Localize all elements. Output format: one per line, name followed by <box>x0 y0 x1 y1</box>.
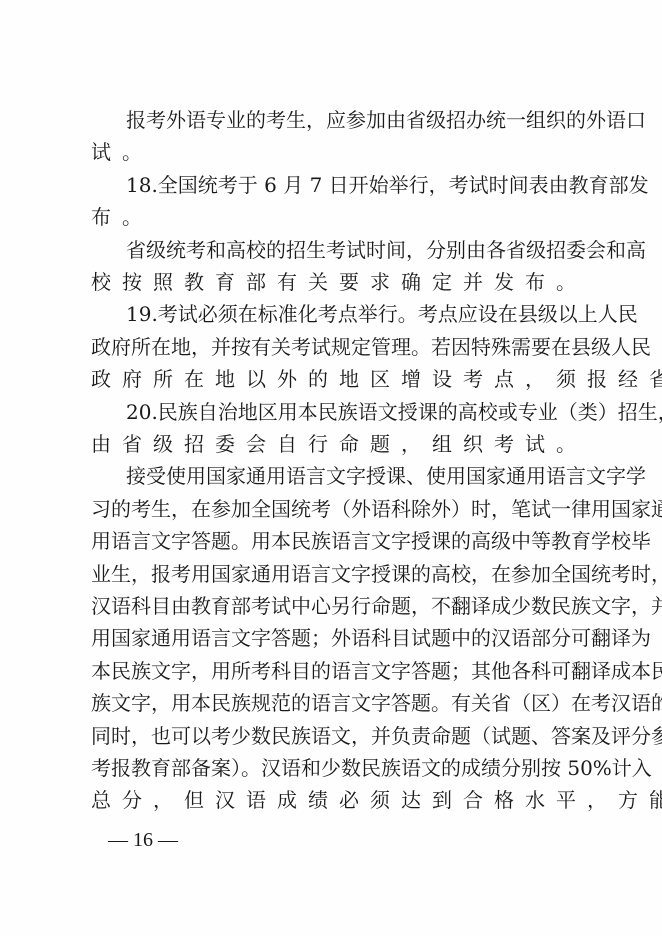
text-line: 布。 <box>91 202 577 232</box>
text-line: 省级统考和高校的招生考试时间，分别由各省级招委会和高 <box>126 235 577 265</box>
page-number: — 16 — <box>108 826 178 854</box>
text-line: 习的考生，在参加全国统考（外语科除外）时，笔试一律用国家通 <box>91 494 577 524</box>
text-line: 考报教育部备案）。汉语和少数民族语文的成绩分别按 50%计入 <box>91 753 577 783</box>
text-line: 同时，也可以考少数民族语文，并负责命题（试题、答案及评分参 <box>91 721 577 751</box>
text-line: 报考外语专业的考生，应参加由省级招办统一组织的外语口 <box>126 105 577 135</box>
text-line: 校按照教育部有关要求确定并发布。 <box>91 267 577 297</box>
text-line: 族文字，用本民族规范的语言文字答题。有关省（区）在考汉语的 <box>91 688 577 718</box>
text-line: 汉语科目由教育部考试中心另行命题，不翻译成少数民族文字，并 <box>91 591 577 621</box>
text-line: 业生，报考用国家通用语言文字授课的高校，在参加全国统考时， <box>91 559 577 589</box>
document-page: 报考外语专业的考生，应参加由省级招办统一组织的外语口试。18.全国统考于 6 月… <box>0 0 662 936</box>
text-line: 由省级招委会自行命题，组织考试。 <box>91 429 577 459</box>
text-line: 总分，但汉语成绩必须达到合格水平，方能录取。 <box>91 785 577 815</box>
text-line: 试。 <box>91 137 577 167</box>
text-line: 本民族文字，用所考科目的语言文字答题；其他各科可翻译成本民 <box>91 656 577 686</box>
text-line: 20.民族自治地区用本民族语文授课的高校或专业（类）招生， <box>126 397 577 427</box>
text-line: 接受使用国家通用语言文字授课、使用国家通用语言文字学 <box>126 461 577 491</box>
text-line: 政府所在地，并按有关考试规定管理。若因特殊需要在县级人民 <box>91 332 577 362</box>
text-line: 18.全国统考于 6 月 7 日开始举行，考试时间表由教育部发 <box>126 170 577 200</box>
text-line: 19.考试必须在标准化考点举行。考点应设在县级以上人民 <box>126 299 577 329</box>
text-line: 政府所在地以外的地区增设考点，须报经省级招委会批准。 <box>91 364 577 394</box>
text-line: 用语言文字答题。用本民族语言文字授课的高级中等教育学校毕 <box>91 526 577 556</box>
text-line: 用国家通用语言文字答题；外语科目试题中的汉语部分可翻译为 <box>91 623 577 653</box>
